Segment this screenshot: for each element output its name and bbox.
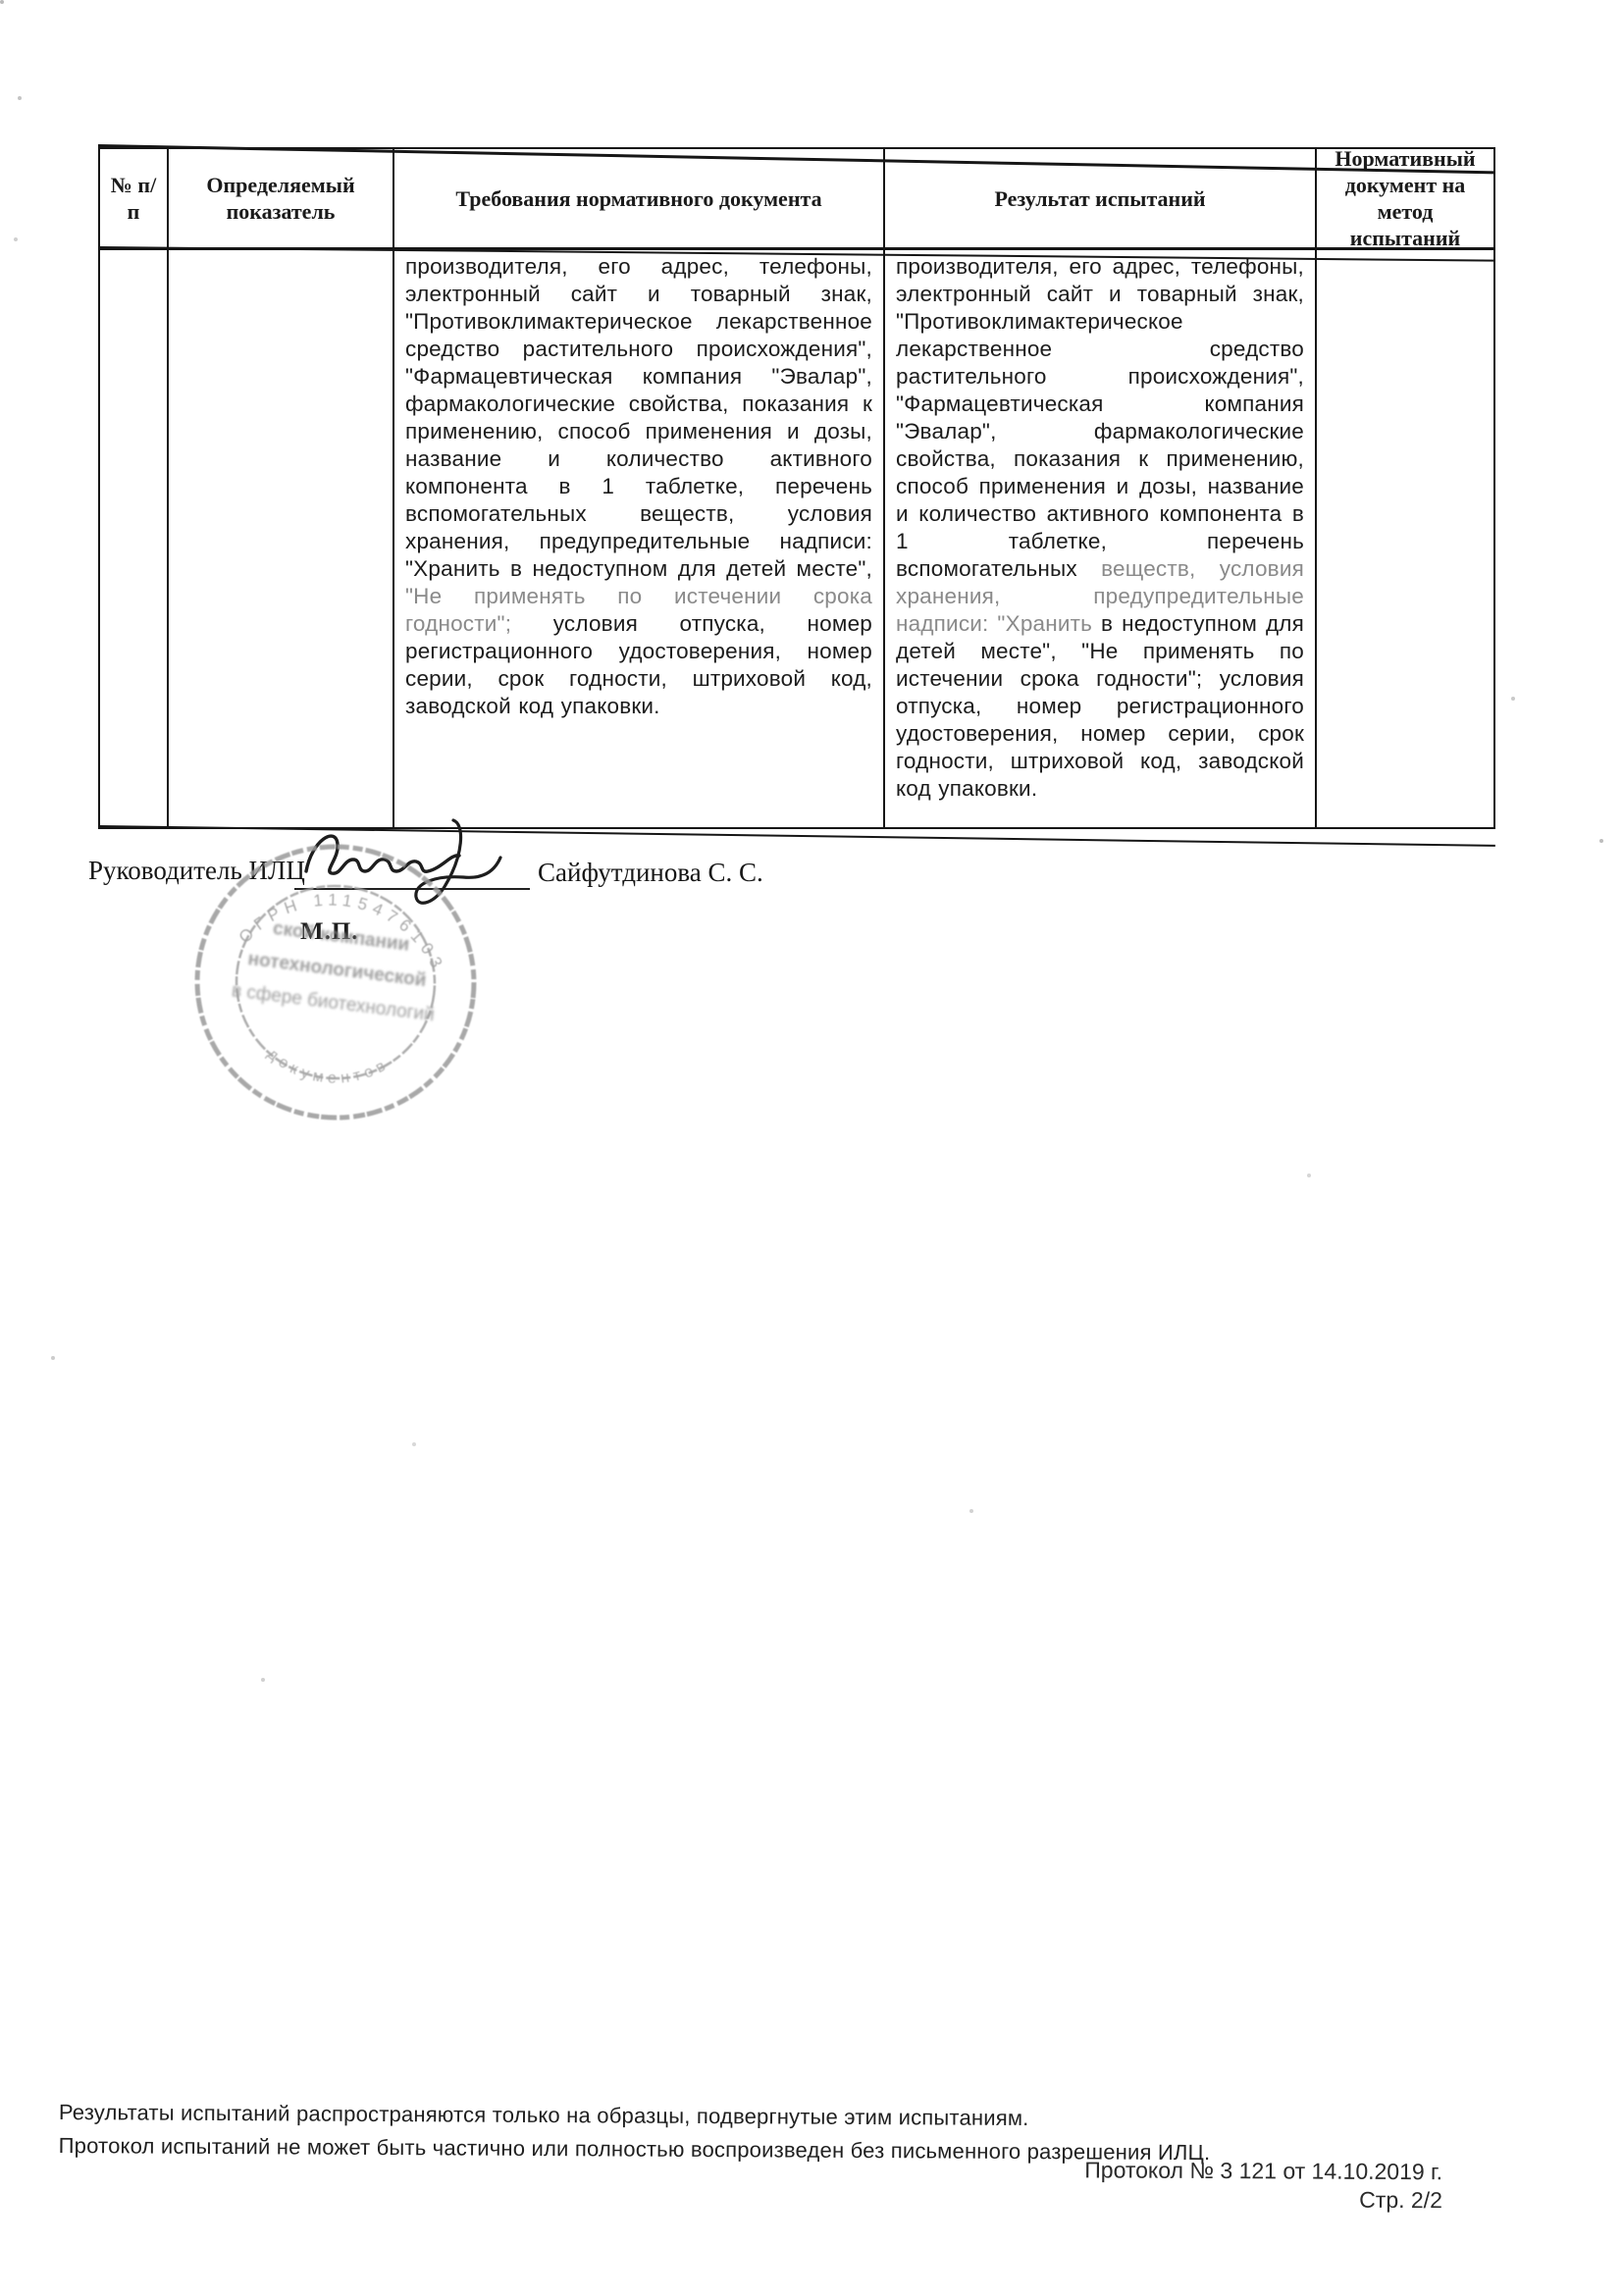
- stamp-arc-bottom-text: документов: [262, 1041, 394, 1094]
- cell-requirements: производителя, его адрес, телефоны, элек…: [394, 250, 885, 827]
- page-number-line: Стр. 2/2: [979, 2184, 1442, 2215]
- round-stamp: ОГРН 1115476103 документов ской компании…: [176, 823, 495, 1140]
- requirements-text-part1: производителя, его адрес, телефоны, элек…: [405, 254, 872, 581]
- col-header-requirements: Требования нормативного документа: [394, 149, 885, 250]
- cell-results: производителя, его адрес, телефоны, элек…: [885, 250, 1317, 827]
- cell-number-empty: [100, 250, 169, 827]
- cell-method-doc-empty: [1317, 250, 1493, 827]
- results-text-part1: производителя, его адрес, телефоны, элек…: [896, 254, 1304, 581]
- cell-parameter-empty: [169, 250, 394, 827]
- col-header-method-doc: Нормативный документ на метод испытаний: [1317, 149, 1493, 250]
- signature-name: Сайфутдинова С. С.: [538, 858, 763, 888]
- requirements-text: производителя, его адрес, телефоны, элек…: [405, 253, 872, 720]
- results-text-part3: в недоступном для детей месте", "Не прим…: [896, 611, 1304, 801]
- scan-noise-specks: [0, 0, 4, 4]
- col-header-number: № п/п: [100, 149, 169, 250]
- protocol-number-line: Протокол № 3 121 от 14.10.2019 г.: [979, 2156, 1442, 2186]
- col-header-parameter: Определяемый показатель: [169, 149, 394, 250]
- protocol-reference-block: Протокол № 3 121 от 14.10.2019 г. Стр. 2…: [979, 2156, 1442, 2215]
- results-text: производителя, его адрес, телефоны, элек…: [896, 253, 1304, 803]
- scanned-protocol-page: № п/п Определяемый показатель Требования…: [0, 0, 1623, 2296]
- svg-text:документов: документов: [262, 1041, 394, 1094]
